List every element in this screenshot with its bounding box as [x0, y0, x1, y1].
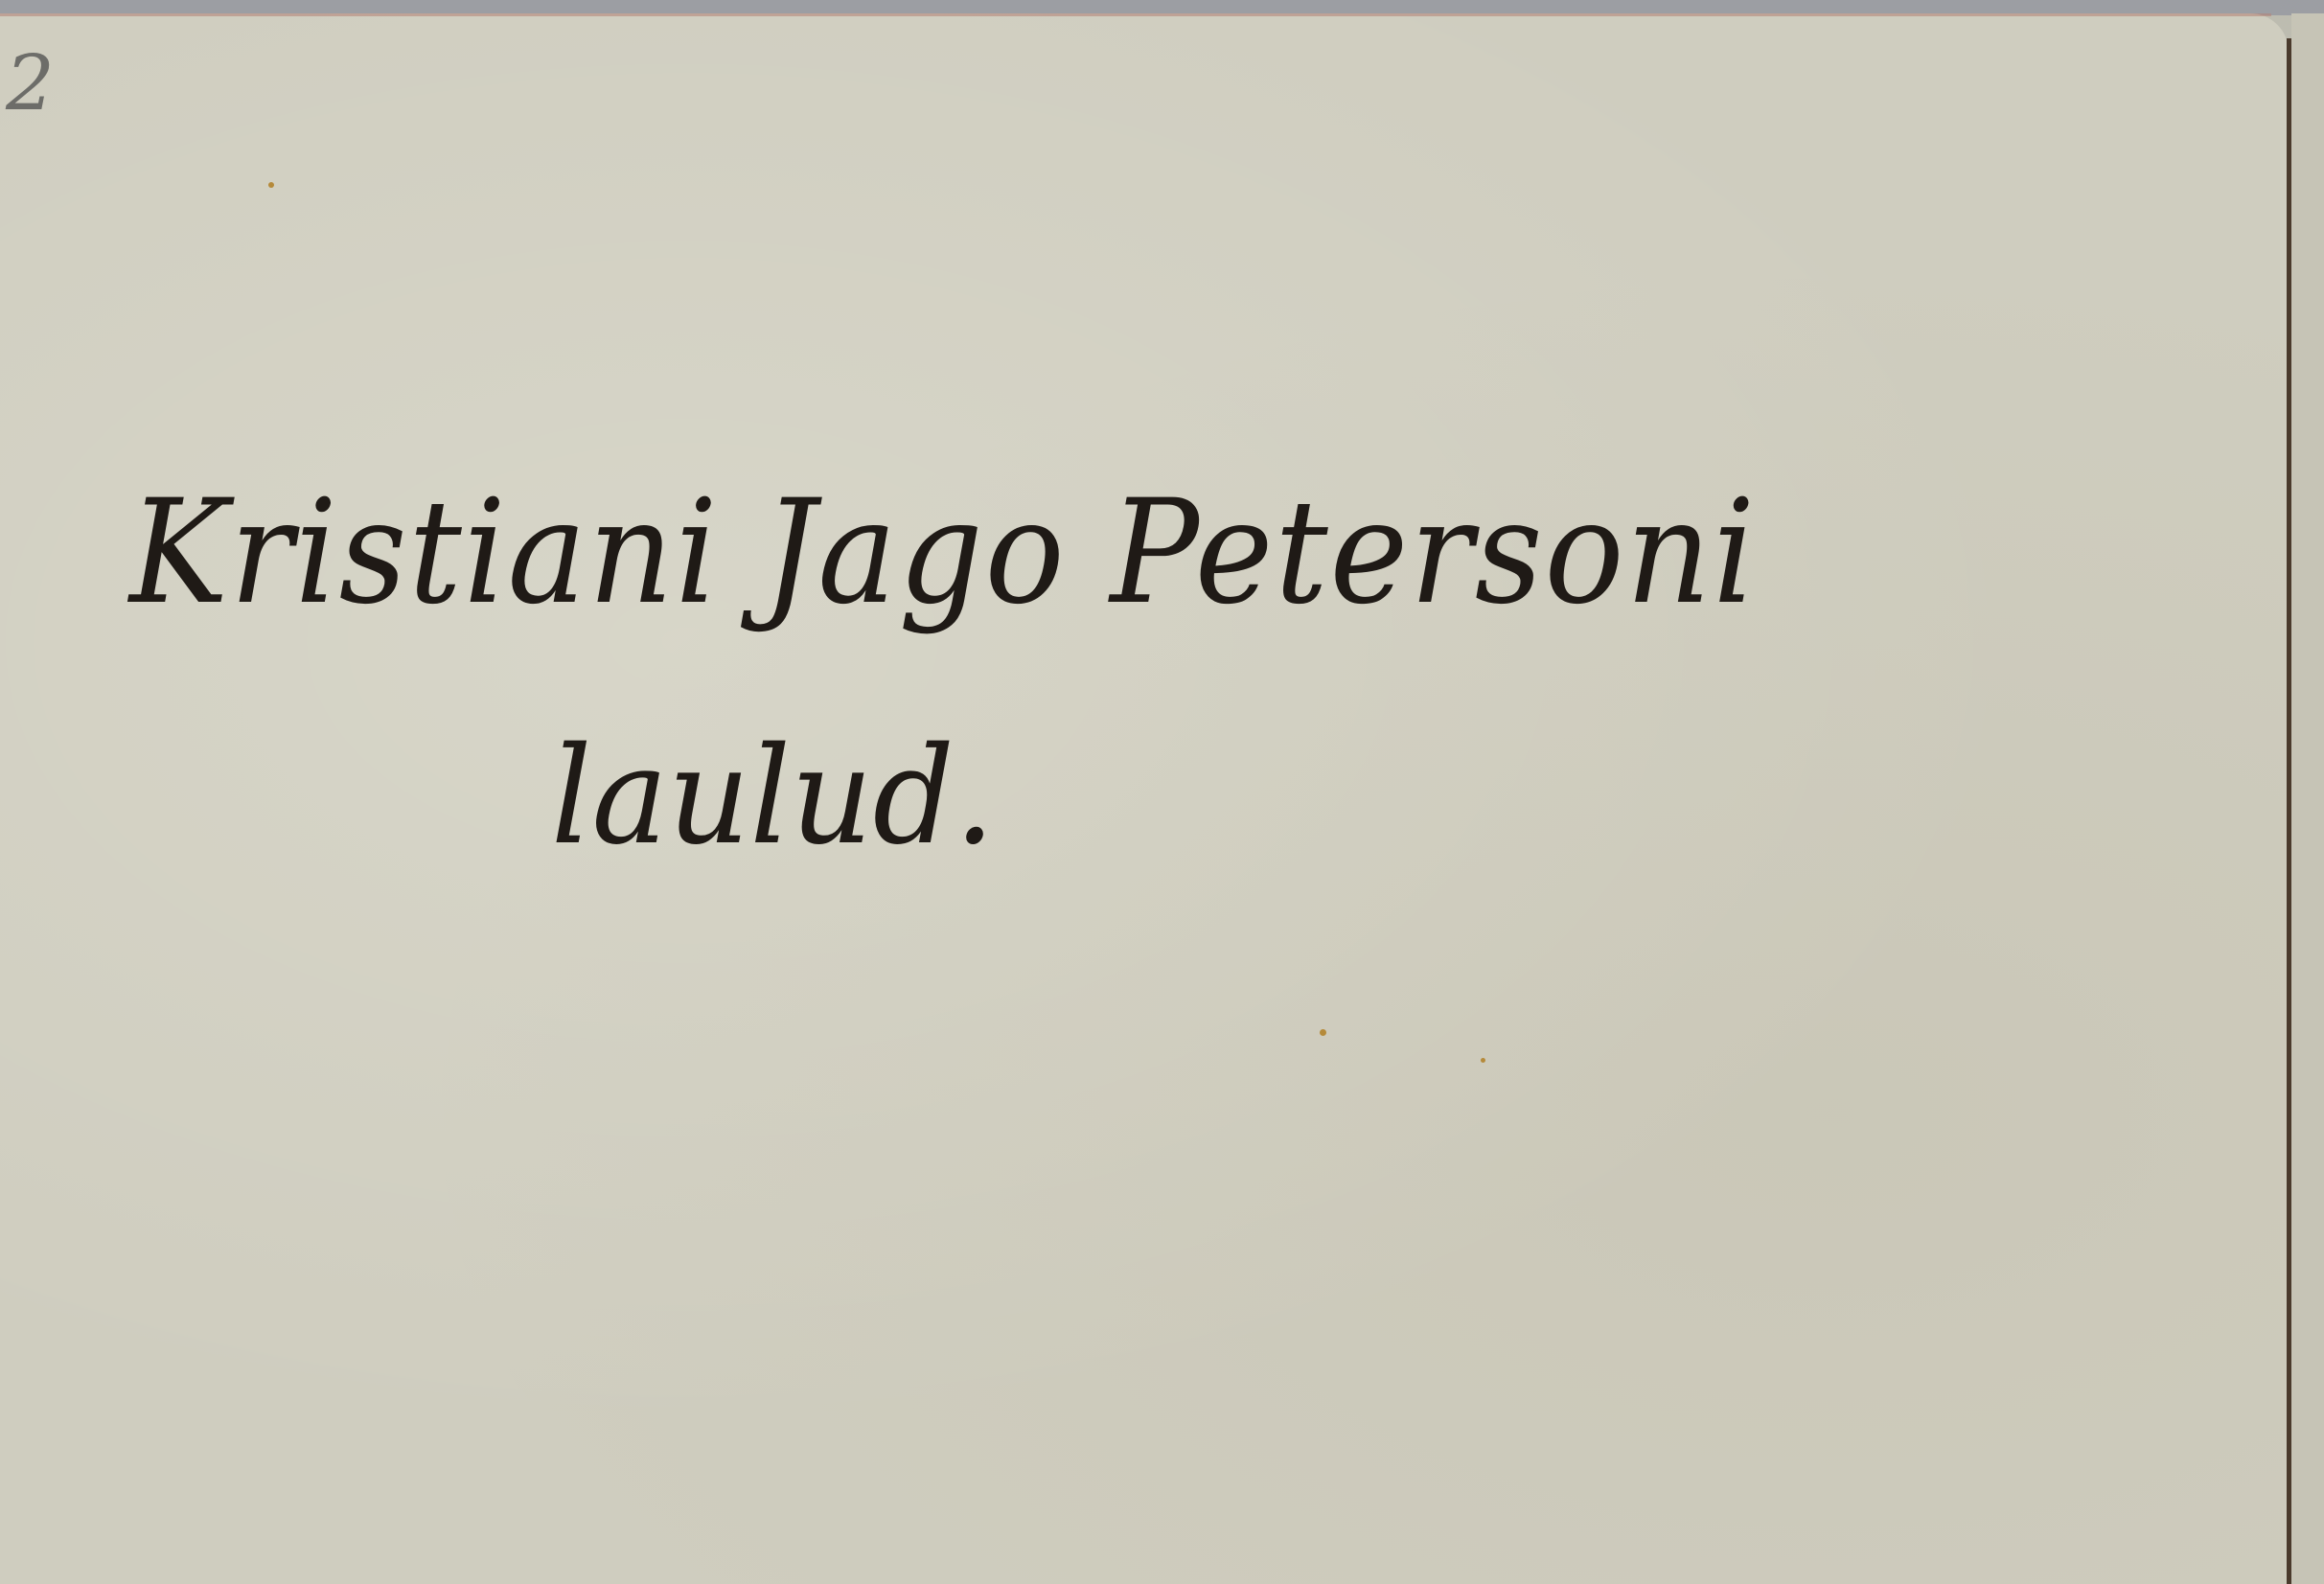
handwritten-subtitle: laulud.	[551, 719, 995, 875]
manuscript-page	[0, 13, 2289, 1584]
foxing-spot	[1481, 1058, 1485, 1063]
page-number: 2	[6, 38, 55, 127]
foxing-spot	[268, 182, 274, 188]
page-top-edge	[0, 13, 2271, 16]
page-edge-line	[2287, 38, 2291, 1584]
next-leaf-edge	[2291, 13, 2324, 1584]
handwritten-title: Kristiani Jago Petersoni	[129, 470, 1757, 636]
foxing-spot	[1320, 1029, 1326, 1036]
